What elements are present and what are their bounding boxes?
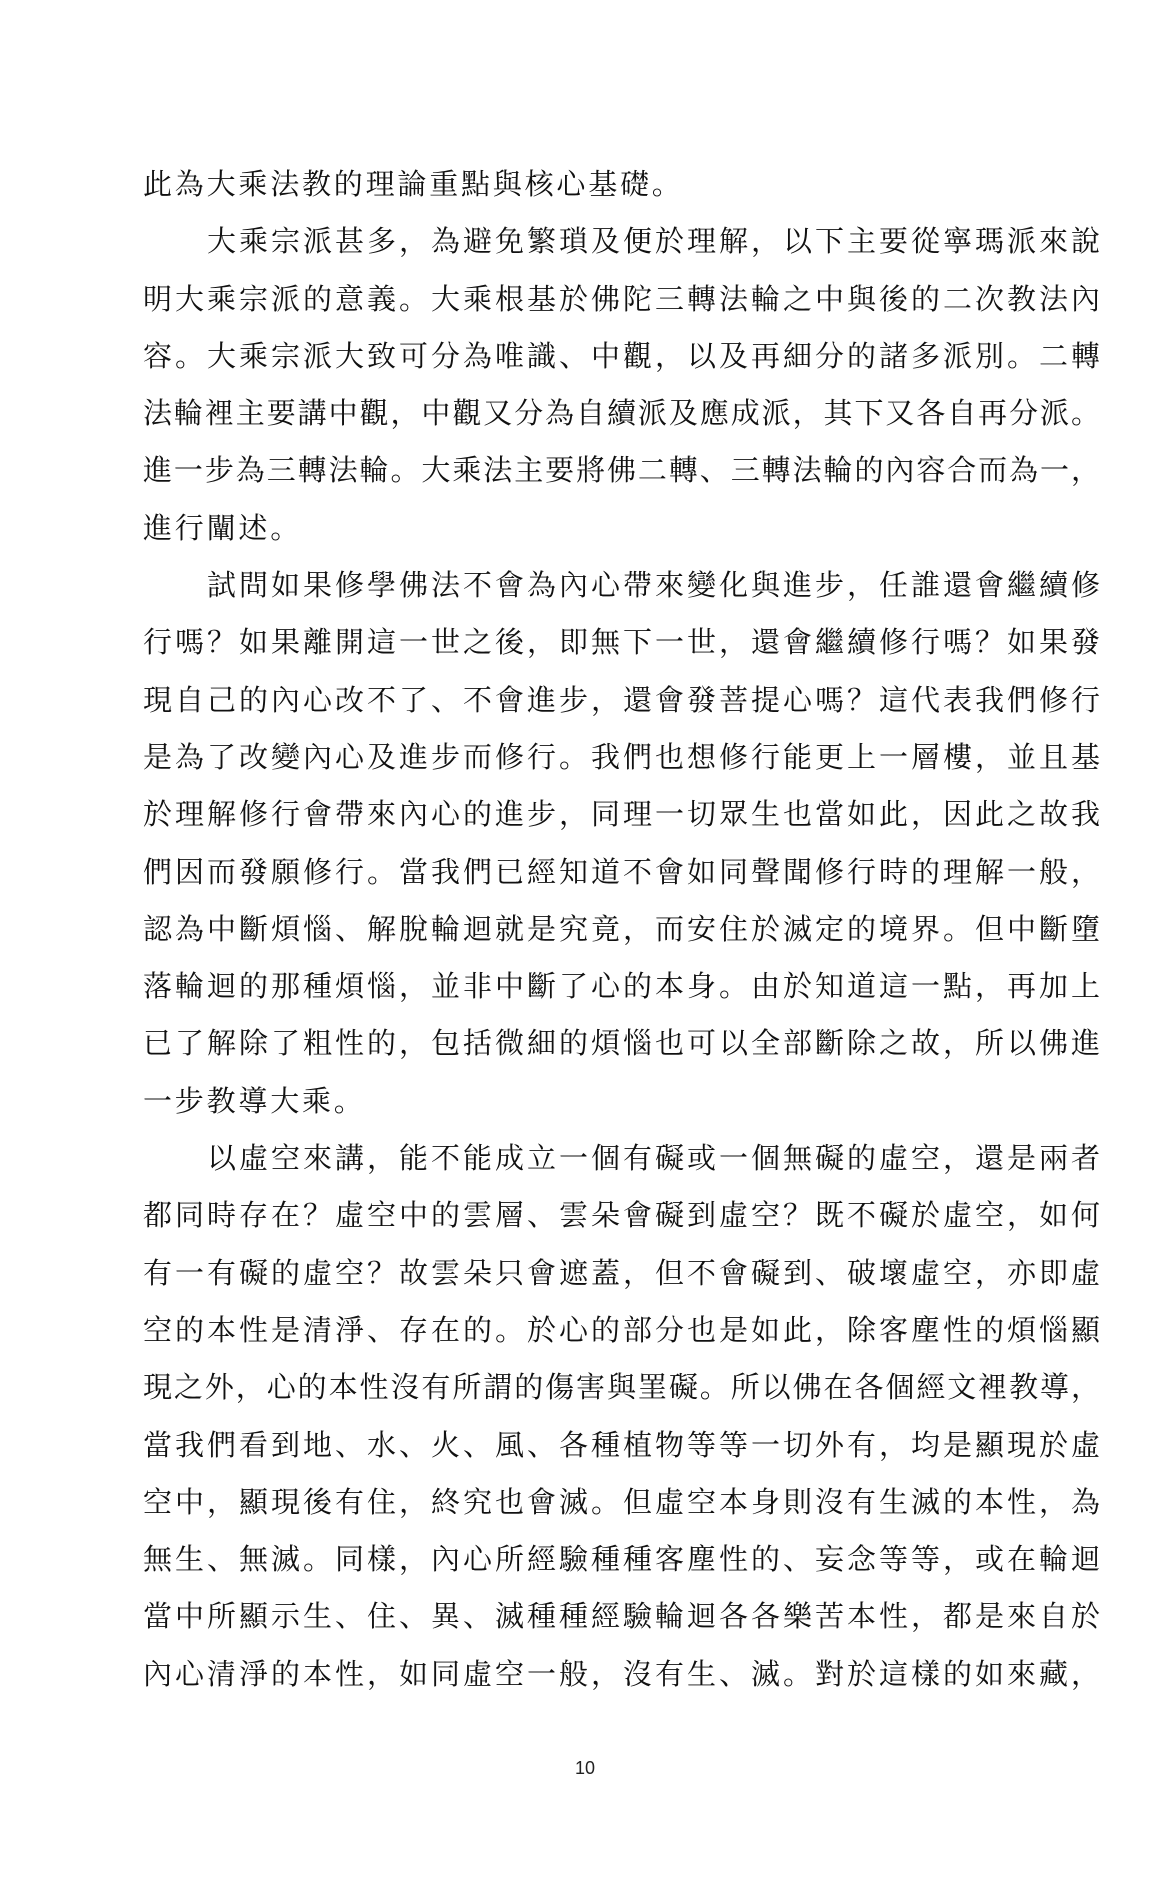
text-line: 進一步為三轉法輪。大乘法主要將佛二轉、三轉法輪的內容合而為一，: [143, 442, 1100, 499]
text-line: 進行闡述。: [143, 500, 1100, 557]
text-line: 有一有礙的虛空？故雲朵只會遮蓋，但不會礙到、破壞虛空，亦即虛: [143, 1245, 1100, 1302]
text-line: 落輪迴的那種煩惱，並非中斷了心的本身。由於知道這一點，再加上: [143, 958, 1100, 1015]
document-page: 此為大乘法教的理論重點與核心基礎。 大乘宗派甚多，為避免繁瑣及便於理解，以下主要…: [0, 0, 1170, 1880]
body-text: 此為大乘法教的理論重點與核心基礎。 大乘宗派甚多，為避免繁瑣及便於理解，以下主要…: [143, 156, 1100, 1703]
text-line: 容。大乘宗派大致可分為唯識、中觀，以及再細分的諸多派別。二轉: [143, 328, 1100, 385]
text-line: 此為大乘法教的理論重點與核心基礎。: [143, 156, 1100, 213]
text-line: 一步教導大乘。: [143, 1073, 1100, 1130]
text-line: 大乘宗派甚多，為避免繁瑣及便於理解，以下主要從寧瑪派來說: [143, 213, 1100, 270]
page-number: 10: [0, 1758, 1170, 1779]
text-line: 無生、無滅。同樣，內心所經驗種種客塵性的、妄念等等，或在輪迴: [143, 1531, 1100, 1588]
text-line: 於理解修行會帶來內心的進步，同理一切眾生也當如此，因此之故我: [143, 786, 1100, 843]
text-line: 法輪裡主要講中觀，中觀又分為自續派及應成派，其下又各自再分派。: [143, 385, 1100, 442]
text-line: 行嗎？如果離開這一世之後，即無下一世，還會繼續修行嗎？如果發: [143, 614, 1100, 671]
text-line: 現之外，心的本性沒有所謂的傷害與罣礙。所以佛在各個經文裡教導，: [143, 1359, 1100, 1416]
text-line: 都同時存在？虛空中的雲層、雲朵會礙到虛空？既不礙於虛空，如何: [143, 1187, 1100, 1244]
text-line: 試問如果修學佛法不會為內心帶來變化與進步，任誰還會繼續修: [143, 557, 1100, 614]
text-line: 是為了改變內心及進步而修行。我們也想修行能更上一層樓，並且基: [143, 729, 1100, 786]
text-line: 認為中斷煩惱、解脫輪迴就是究竟，而安住於滅定的境界。但中斷墮: [143, 901, 1100, 958]
text-line: 空中，顯現後有住，終究也會滅。但虛空本身則沒有生滅的本性，為: [143, 1474, 1100, 1531]
text-line: 們因而發願修行。當我們已經知道不會如同聲聞修行時的理解一般，: [143, 844, 1100, 901]
text-line: 以虛空來講，能不能成立一個有礙或一個無礙的虛空，還是兩者: [143, 1130, 1100, 1187]
text-line: 空的本性是清淨、存在的。於心的部分也是如此，除客塵性的煩惱顯: [143, 1302, 1100, 1359]
text-line: 當中所顯示生、住、異、滅種種經驗輪迴各各樂苦本性，都是來自於: [143, 1588, 1100, 1645]
text-line: 現自己的內心改不了、不會進步，還會發菩提心嗎？這代表我們修行: [143, 672, 1100, 729]
text-line: 內心清淨的本性，如同虛空一般，沒有生、滅。對於這樣的如來藏，: [143, 1646, 1100, 1703]
text-line: 明大乘宗派的意義。大乘根基於佛陀三轉法輪之中與後的二次教法內: [143, 271, 1100, 328]
text-line: 已了解除了粗性的，包括微細的煩惱也可以全部斷除之故，所以佛進: [143, 1015, 1100, 1072]
text-line: 當我們看到地、水、火、風、各種植物等等一切外有，均是顯現於虛: [143, 1417, 1100, 1474]
